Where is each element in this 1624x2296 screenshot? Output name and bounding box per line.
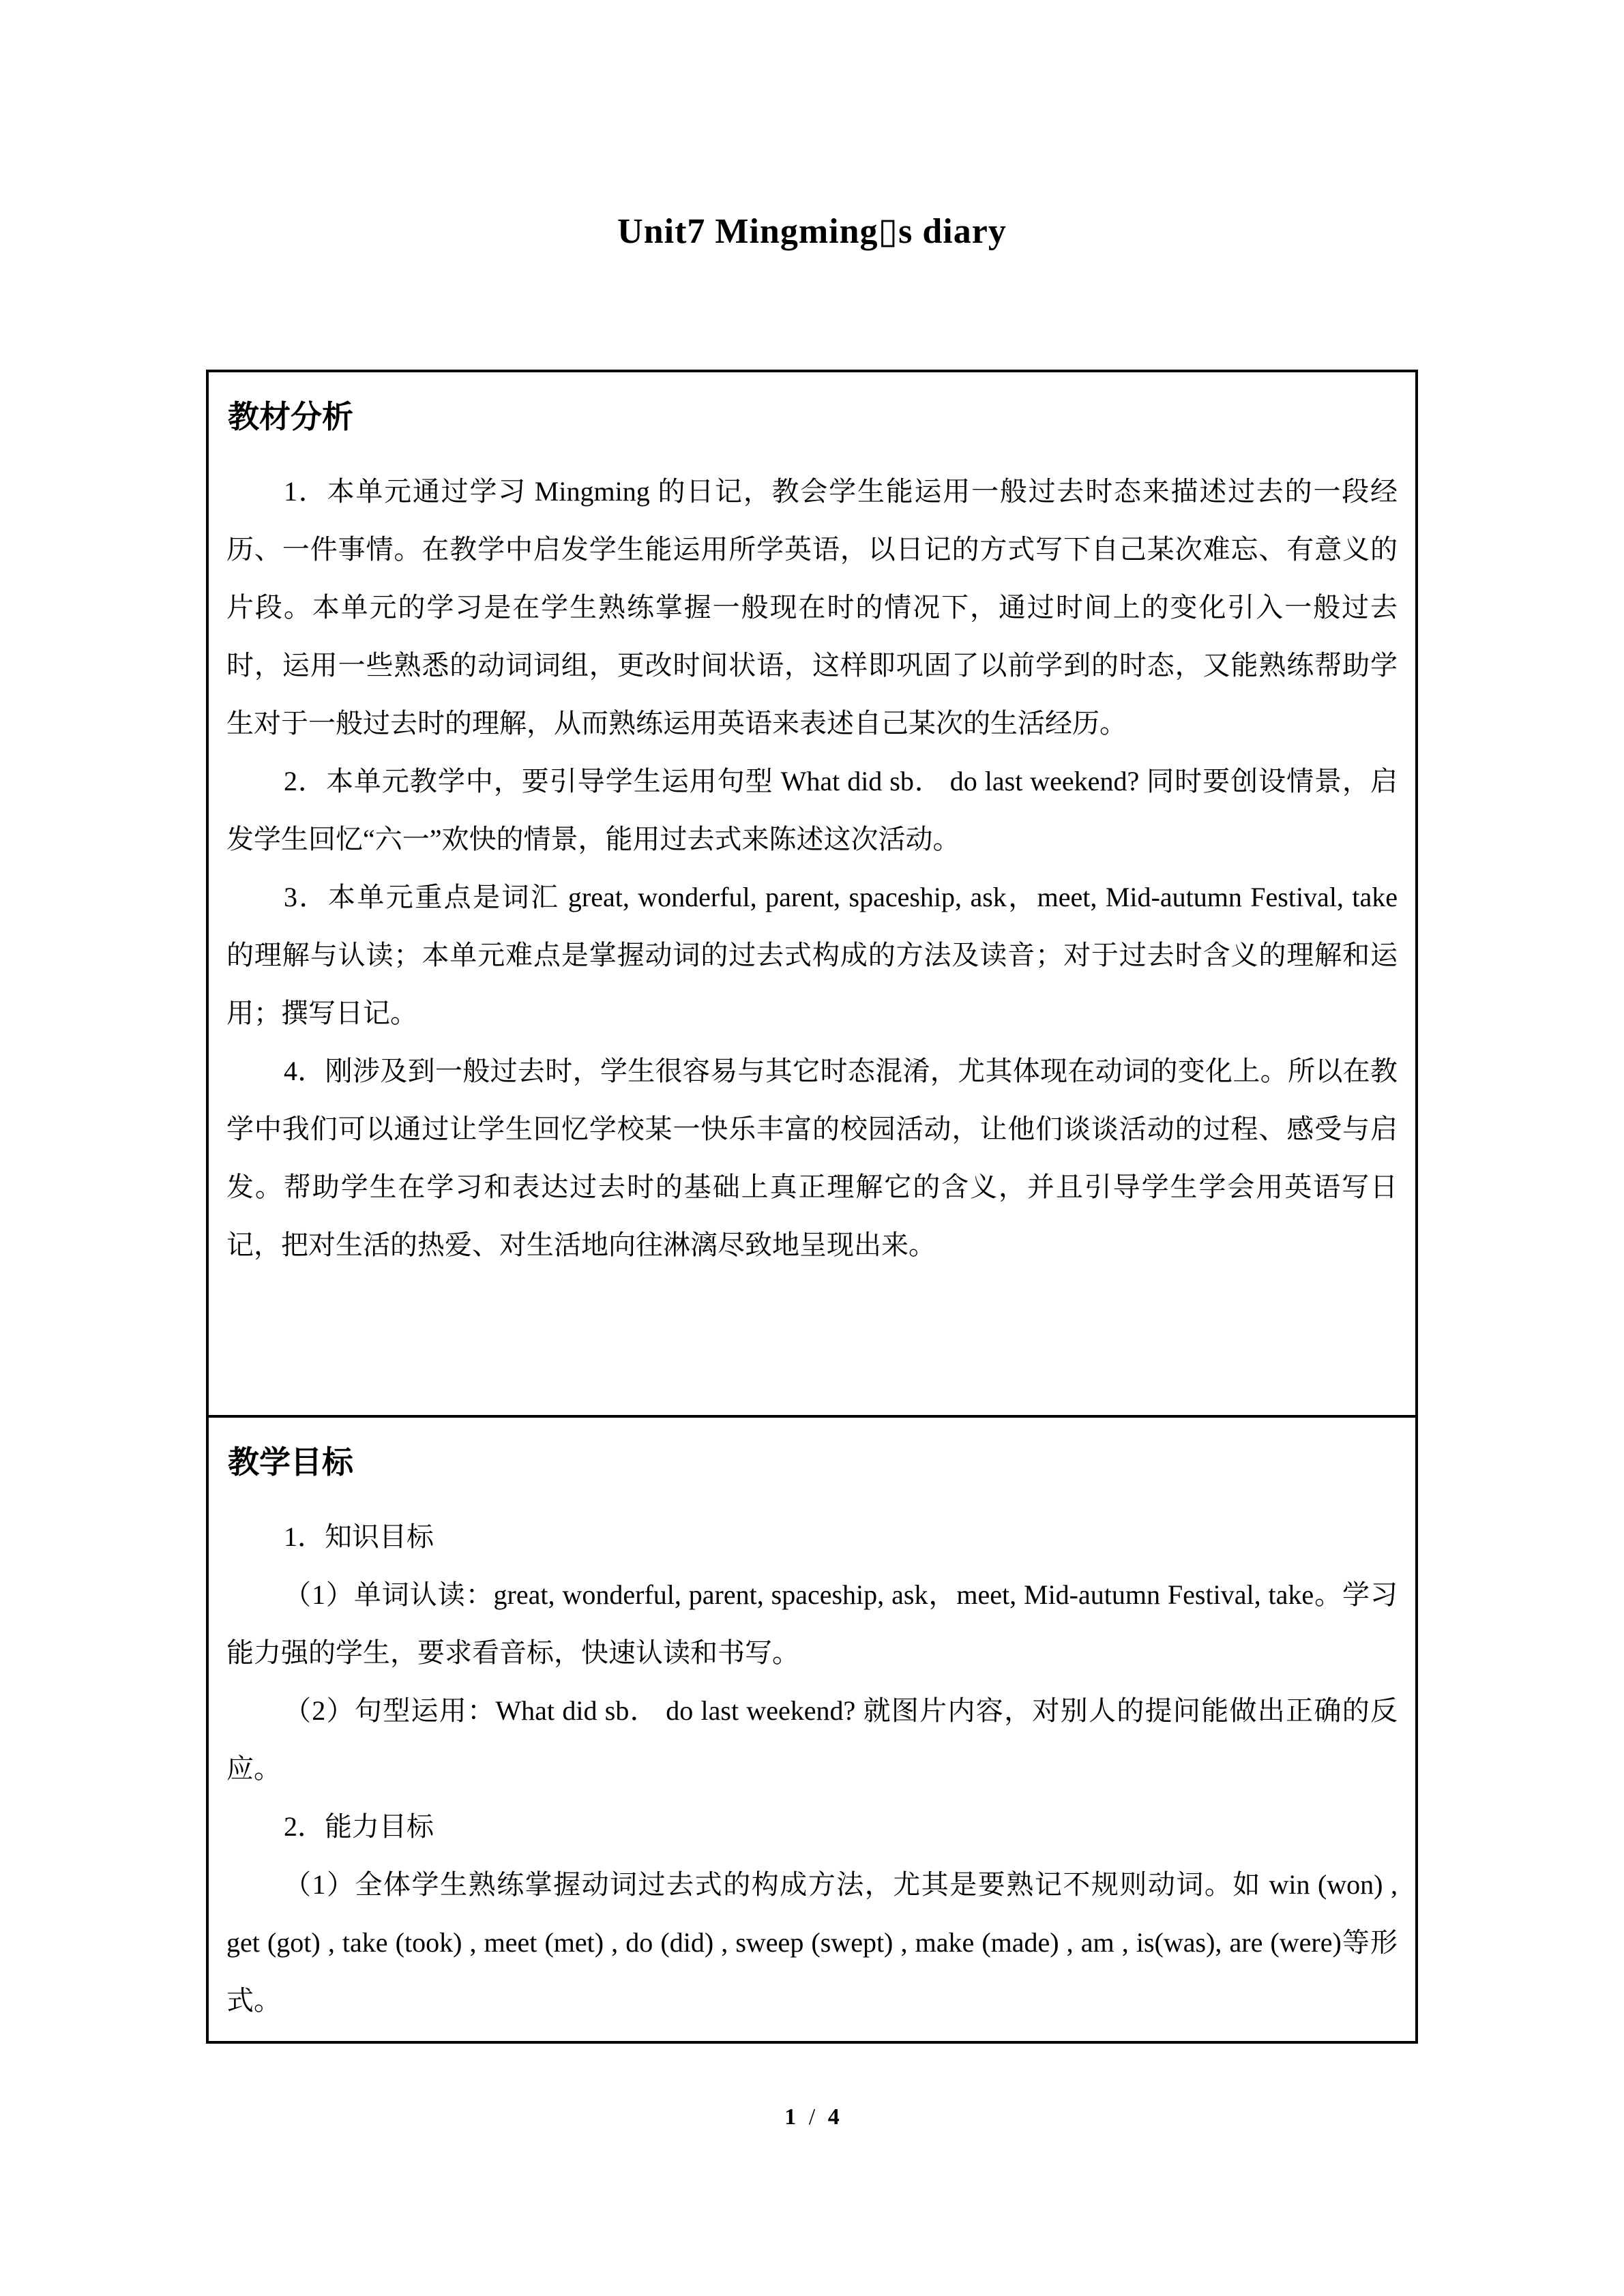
goals-paragraph: （2）句型运用：What did sb． do last weekend? 就图… <box>226 1682 1398 1798</box>
section-teaching-goals: 教学目标 1．知识目标 （1）单词认读：great, wonderful, pa… <box>209 1415 1415 2041</box>
goals-paragraph: 1．知识目标 <box>226 1508 1398 1566</box>
section-heading-material-analysis: 教材分析 <box>228 397 1398 438</box>
goals-paragraph: 2．能力目标 <box>226 1798 1398 1855</box>
analysis-paragraph: 2．本单元教学中，要引导学生运用句型 What did sb． do last … <box>226 752 1398 868</box>
section-material-analysis: 教材分析 1．本单元通过学习 Mingming 的日记，教会学生能运用一般过去时… <box>209 372 1415 1415</box>
content-table: 教材分析 1．本单元通过学习 Mingming 的日记，教会学生能运用一般过去时… <box>206 370 1418 2044</box>
page-number-separator: / <box>802 2104 822 2130</box>
goals-paragraph: （1）全体学生熟练掌握动词过去式的构成方法，尤其是要熟记不规则动词。如 win … <box>226 1855 1398 2029</box>
page-number-current: 1 <box>784 2104 796 2130</box>
section-body-teaching-goals: 1．知识目标 （1）单词认读：great, wonderful, parent,… <box>226 1508 1398 2029</box>
analysis-paragraph: 3．本单元重点是词汇 great, wonderful, parent, spa… <box>226 868 1398 1042</box>
analysis-paragraph: 4．刚涉及到一般过去时，学生很容易与其它时态混淆，尤其体现在动词的变化上。所以在… <box>226 1042 1398 1274</box>
page-title: Unit7 Mingming▯s diary <box>0 210 1624 252</box>
goals-paragraph: （1）单词认读：great, wonderful, parent, spaces… <box>226 1566 1398 1682</box>
analysis-paragraph: 1．本单元通过学习 Mingming 的日记，教会学生能运用一般过去时态来描述过… <box>226 462 1398 752</box>
page-number: 1 / 4 <box>0 2104 1624 2130</box>
section-heading-teaching-goals: 教学目标 <box>228 1442 1398 1483</box>
section-body-material-analysis: 1．本单元通过学习 Mingming 的日记，教会学生能运用一般过去时态来描述过… <box>226 462 1398 1274</box>
page-number-total: 4 <box>828 2104 840 2130</box>
